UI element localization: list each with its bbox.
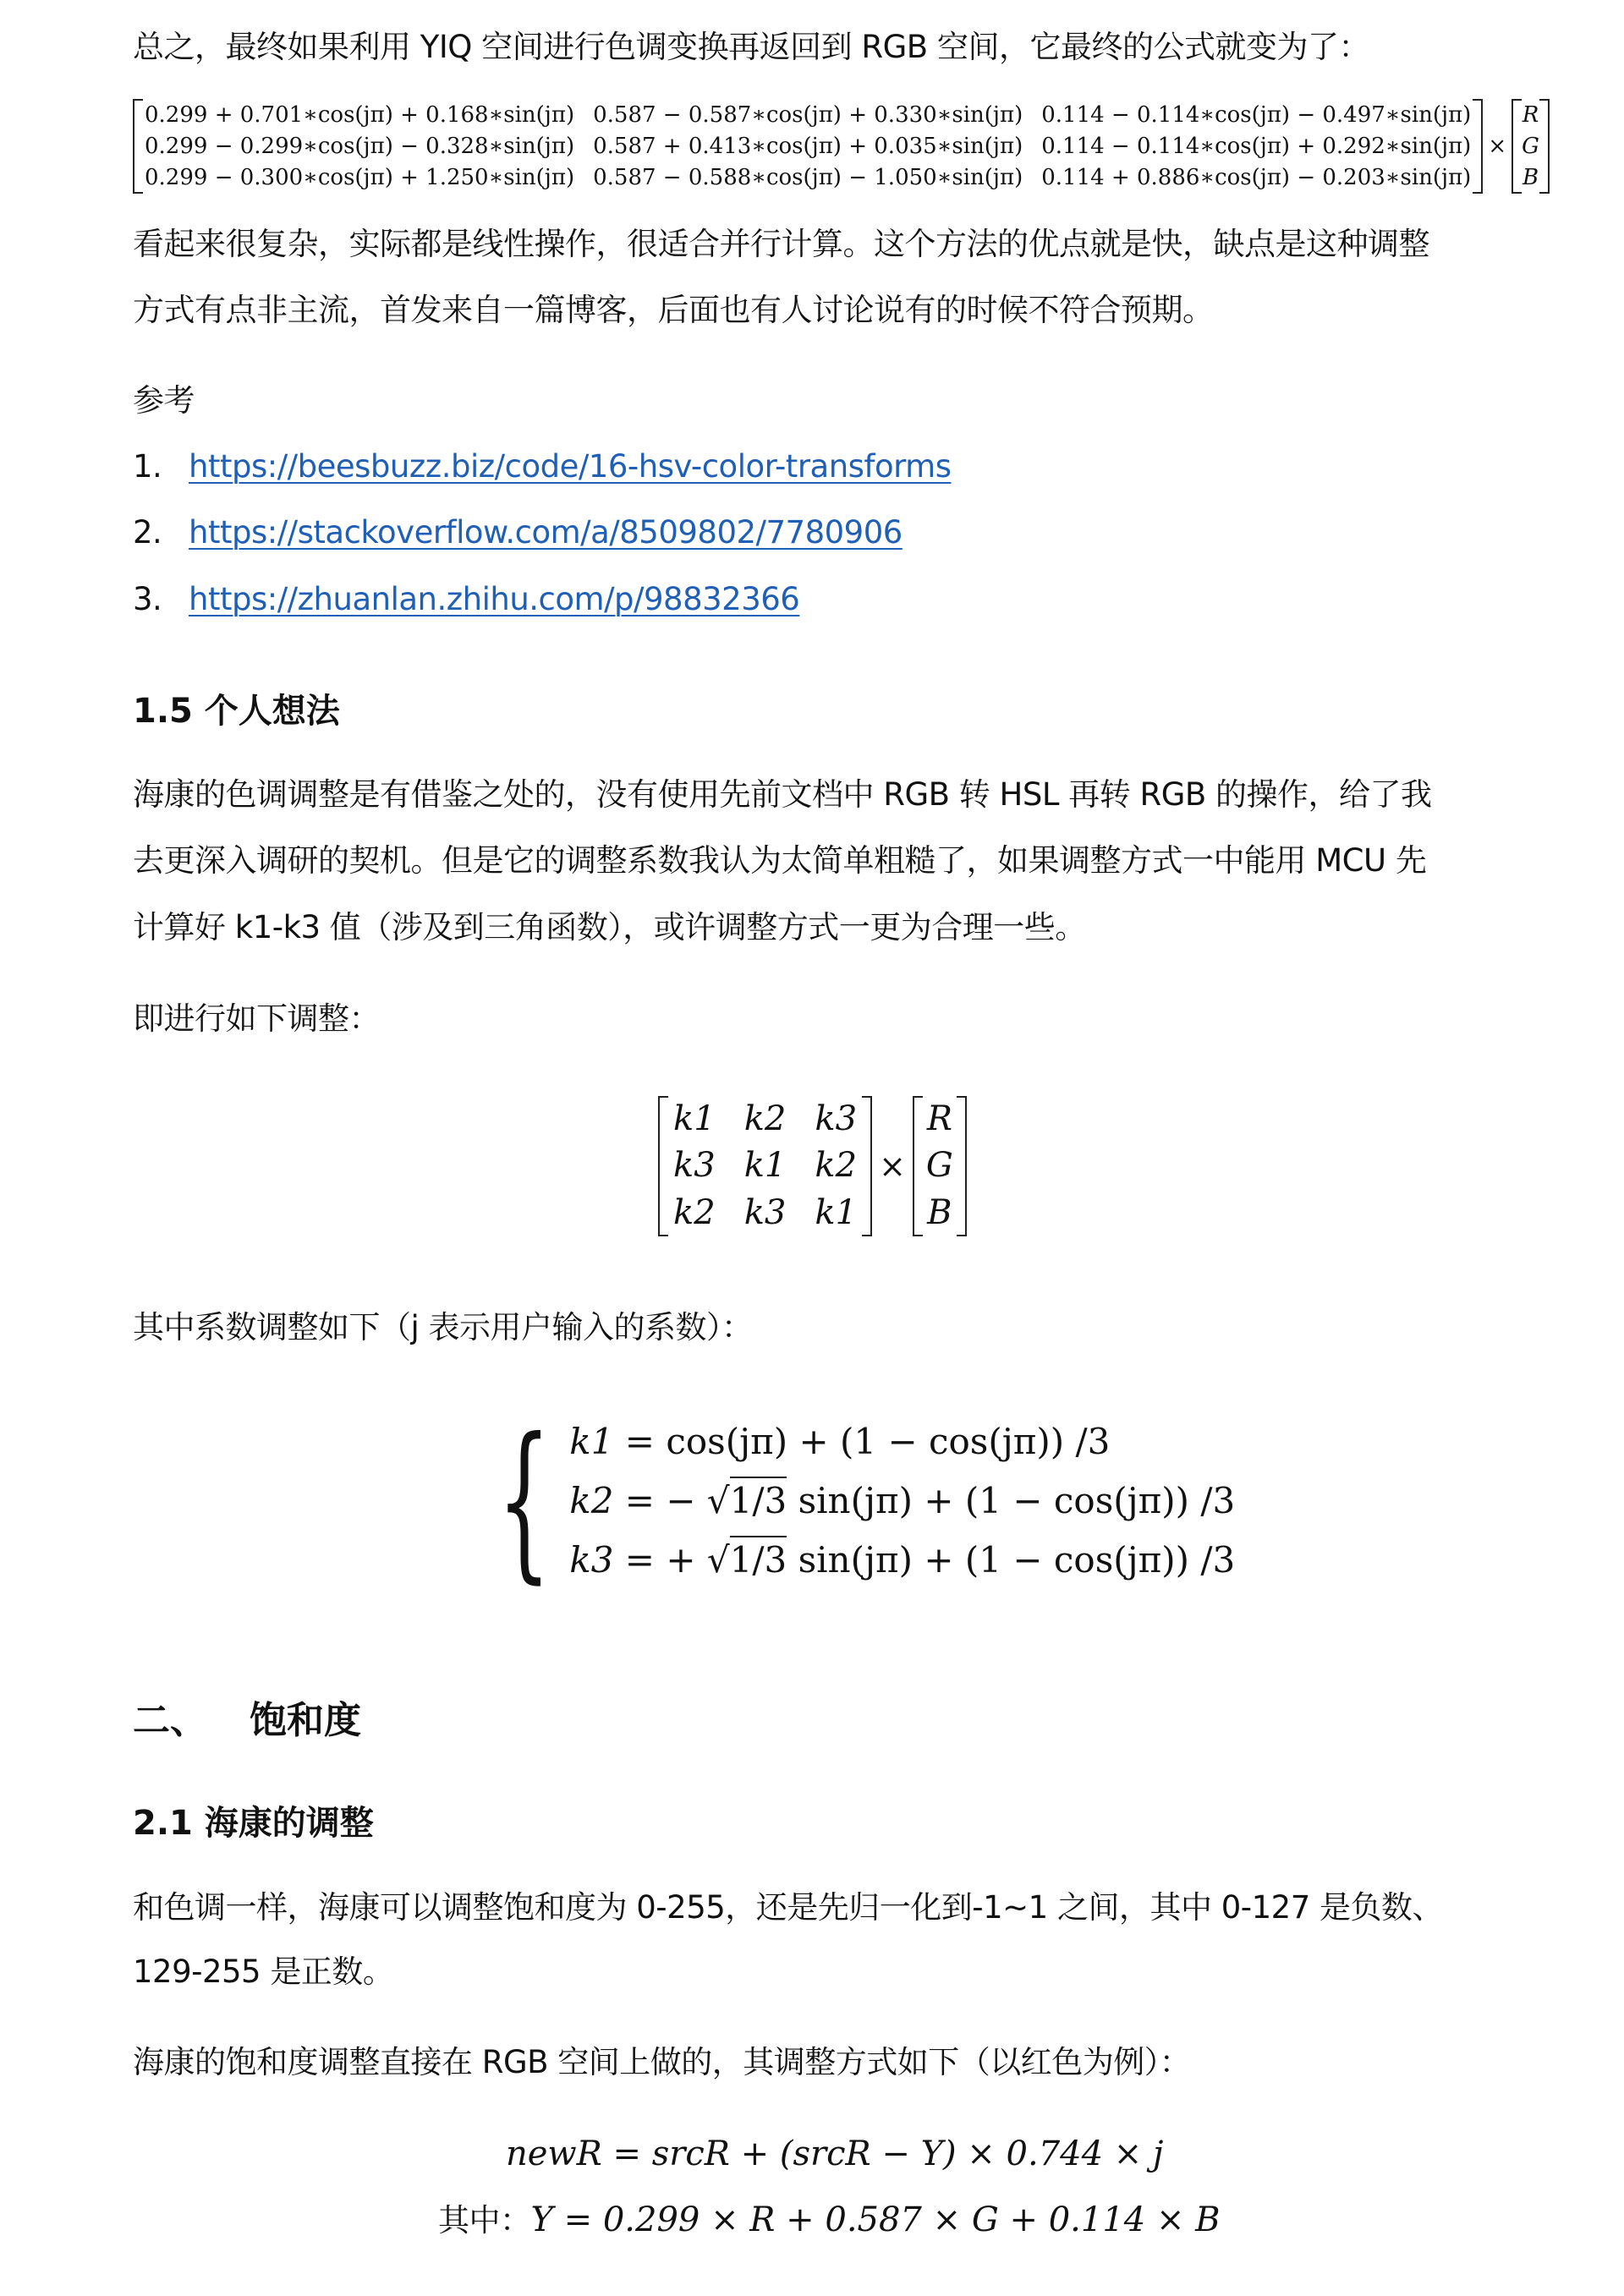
- matrix-cell: k1: [673, 1096, 716, 1143]
- paragraph-line: 看起来很复杂，实际都是线性操作，很适合并行计算。这个方法的优点就是快，缺点是这种…: [133, 228, 1429, 260]
- rgb-vector: R G B: [1512, 99, 1550, 194]
- chapter-heading: 二、饱和度: [133, 1690, 361, 1744]
- matrix-row: k2 k3 k1: [673, 1190, 857, 1236]
- matrix-cell: 0.299 − 0.300∗cos(jπ) + 1.250∗sin(jπ): [145, 162, 574, 193]
- reference-link[interactable]: https://beesbuzz.biz/code/16-hsv-color-t…: [189, 448, 951, 485]
- list-number: 2.: [133, 517, 189, 548]
- matrix-cell: 0.299 + 0.701∗cos(jπ) + 0.168∗sin(jπ): [145, 100, 574, 130]
- case-k2: k2 = − √1/3 sin(jπ) + (1 − cos(jπ)) /3: [569, 1476, 1235, 1526]
- matrix-row: 0.299 + 0.701∗cos(jπ) + 0.168∗sin(jπ) 0.…: [145, 100, 1471, 130]
- matrix-cell: k3: [744, 1190, 787, 1236]
- matrix-cell: 0.587 − 0.587∗cos(jπ) + 0.330∗sin(jπ): [593, 100, 1023, 130]
- section-heading: 1.5 个人想法: [133, 684, 340, 732]
- matrix-cell: k2: [673, 1190, 716, 1236]
- coefficient-matrix: 0.299 + 0.701∗cos(jπ) + 0.168∗sin(jπ) 0.…: [133, 99, 1483, 194]
- list-number: 3.: [133, 584, 189, 615]
- paragraph-line: 方式有点非主流，首发来自一篇博客，后面也有人讨论说有的时候不符合预期。: [133, 294, 1214, 326]
- case-rhs: sin(jπ) + (1 − cos(jπ)) /3: [787, 1480, 1235, 1521]
- k-matrix-formula: k1 k2 k3 k3 k1 k2 k2 k3 k1 × R G B: [658, 1096, 967, 1236]
- vector-cell: G: [1522, 131, 1539, 162]
- right-bracket: [957, 1096, 967, 1236]
- paragraph-line: 和色调一样，海康可以调整饱和度为 0-255，还是先归一化到-1~1 之间，其中…: [133, 1892, 1443, 1923]
- right-bracket: [862, 1096, 872, 1236]
- case-rhs: sin(jπ) + (1 − cos(jπ)) /3: [787, 1539, 1235, 1581]
- matrix-cell: 0.299 − 0.299∗cos(jπ) − 0.328∗sin(jπ): [145, 131, 574, 162]
- vector-cell: B: [926, 1190, 953, 1236]
- right-bracket: [1539, 99, 1550, 194]
- left-bracket: [133, 99, 143, 194]
- saturation-formula: newR = srcR + (srcR − Y) × 0.744 × j: [506, 2134, 1163, 2173]
- chapter-number: 二、: [133, 1699, 207, 1742]
- sqrt-radicand: 1/3: [730, 1477, 787, 1521]
- section-heading: 2.1 海康的调整: [133, 1796, 374, 1844]
- vector-cell: R: [1522, 100, 1539, 130]
- paragraph-line: 129-255 是正数。: [133, 1956, 393, 1987]
- sqrt-radicand: 1/3: [730, 1536, 787, 1581]
- matrix-cell: 0.114 − 0.114∗cos(jπ) − 0.497∗sin(jπ): [1041, 100, 1471, 130]
- right-bracket: [1473, 99, 1483, 194]
- matrix-cell: k2: [744, 1096, 787, 1143]
- reference-item: 1.https://beesbuzz.biz/code/16-hsv-color…: [133, 451, 951, 482]
- paragraph-line: 海康的饱和度调整直接在 RGB 空间上做的，其调整方式如下（以红色为例）：: [133, 2047, 1190, 2078]
- paragraph-line: 去更深入调研的契机。但是它的调整系数我认为太简单粗糙了，如果调整方式一中能用 M…: [133, 845, 1426, 876]
- reference-link[interactable]: https://stackoverflow.com/a/8509802/7780…: [189, 514, 903, 551]
- matrix-cell: 0.114 − 0.114∗cos(jπ) + 0.292∗sin(jπ): [1041, 131, 1471, 162]
- matrix-cell: 0.587 − 0.588∗cos(jπ) − 1.050∗sin(jπ): [593, 162, 1023, 193]
- rgb-vector: R G B: [913, 1096, 967, 1236]
- reference-item: 2.https://stackoverflow.com/a/8509802/77…: [133, 517, 903, 548]
- left-bracket: [1512, 99, 1522, 194]
- matrix-row: k3 k1 k2: [673, 1143, 857, 1189]
- case-k1: k1 = cos(jπ) + (1 − cos(jπ)) /3: [569, 1417, 1235, 1467]
- case-lines: k1 = cos(jπ) + (1 − cos(jπ)) /3 k2 = − √…: [569, 1417, 1235, 1586]
- matrix-cell: 0.114 + 0.886∗cos(jπ) − 0.203∗sin(jπ): [1041, 162, 1471, 193]
- k-coefficient-matrix: k1 k2 k3 k3 k1 k2 k2 k3 k1: [658, 1096, 872, 1236]
- reference-item: 3.https://zhuanlan.zhihu.com/p/98832366: [133, 584, 799, 615]
- paragraph-line: 即进行如下调整：: [133, 1003, 380, 1034]
- matrix-row: k1 k2 k3: [673, 1096, 857, 1143]
- intro-text: 总之，最终如果利用 YIQ 空间进行色调变换再返回到 RGB 空间，它最终的公式…: [133, 31, 1369, 63]
- left-brace: {: [497, 1417, 551, 1586]
- left-bracket: [913, 1096, 923, 1236]
- matrix-row: 0.299 − 0.299∗cos(jπ) − 0.328∗sin(jπ) 0.…: [145, 131, 1471, 162]
- case-lhs: k2 = −: [569, 1480, 707, 1521]
- vector-cell: R: [926, 1096, 953, 1143]
- vector-cell: G: [926, 1143, 953, 1189]
- times-symbol: ×: [872, 1096, 913, 1236]
- matrix-cell: k1: [815, 1190, 857, 1236]
- matrix-cell: k1: [744, 1143, 787, 1189]
- list-number: 1.: [133, 451, 189, 482]
- case-rhs: cos(jπ) + (1 − cos(jπ)) /3: [666, 1421, 1110, 1462]
- case-k3: k3 = + √1/3 sin(jπ) + (1 − cos(jπ)) /3: [569, 1535, 1235, 1586]
- formula-label: 其中：: [438, 2202, 531, 2238]
- matrix-cell: k2: [815, 1143, 857, 1189]
- case-lhs: k1 =: [569, 1421, 666, 1462]
- matrix-cell: 0.587 + 0.413∗cos(jπ) + 0.035∗sin(jπ): [593, 131, 1023, 162]
- chapter-title: 饱和度: [250, 1699, 361, 1742]
- left-bracket: [658, 1096, 668, 1236]
- times-symbol: ×: [1483, 99, 1512, 194]
- yiq-hue-matrix-formula: 0.299 + 0.701∗cos(jπ) + 0.168∗sin(jπ) 0.…: [133, 99, 1550, 194]
- reference-link[interactable]: https://zhuanlan.zhihu.com/p/98832366: [189, 581, 799, 617]
- case-lhs: k3 = +: [569, 1539, 707, 1581]
- matrix-cell: k3: [673, 1143, 716, 1189]
- paragraph-line: 其中系数调整如下（j 表示用户输入的系数）：: [133, 1312, 753, 1343]
- k-coefficient-cases: { k1 = cos(jπ) + (1 − cos(jπ)) /3 k2 = −…: [470, 1404, 1235, 1598]
- luma-formula: 其中：Y = 0.299 × R + 0.587 × G + 0.114 × B: [438, 2200, 1221, 2239]
- paragraph-line: 海康的色调调整是有借鉴之处的，没有使用先前文档中 RGB 转 HSL 再转 RG…: [133, 779, 1432, 810]
- paragraph-line: 计算好 k1-k3 值（涉及到三角函数），或许调整方式一更为合理一些。: [133, 912, 1086, 943]
- luma-expression: Y = 0.299 × R + 0.587 × G + 0.114 × B: [531, 2200, 1221, 2239]
- matrix-cell: k3: [815, 1096, 857, 1143]
- vector-cell: B: [1522, 162, 1539, 193]
- matrix-row: 0.299 − 0.300∗cos(jπ) + 1.250∗sin(jπ) 0.…: [145, 162, 1471, 193]
- references-title: 参考: [133, 385, 195, 416]
